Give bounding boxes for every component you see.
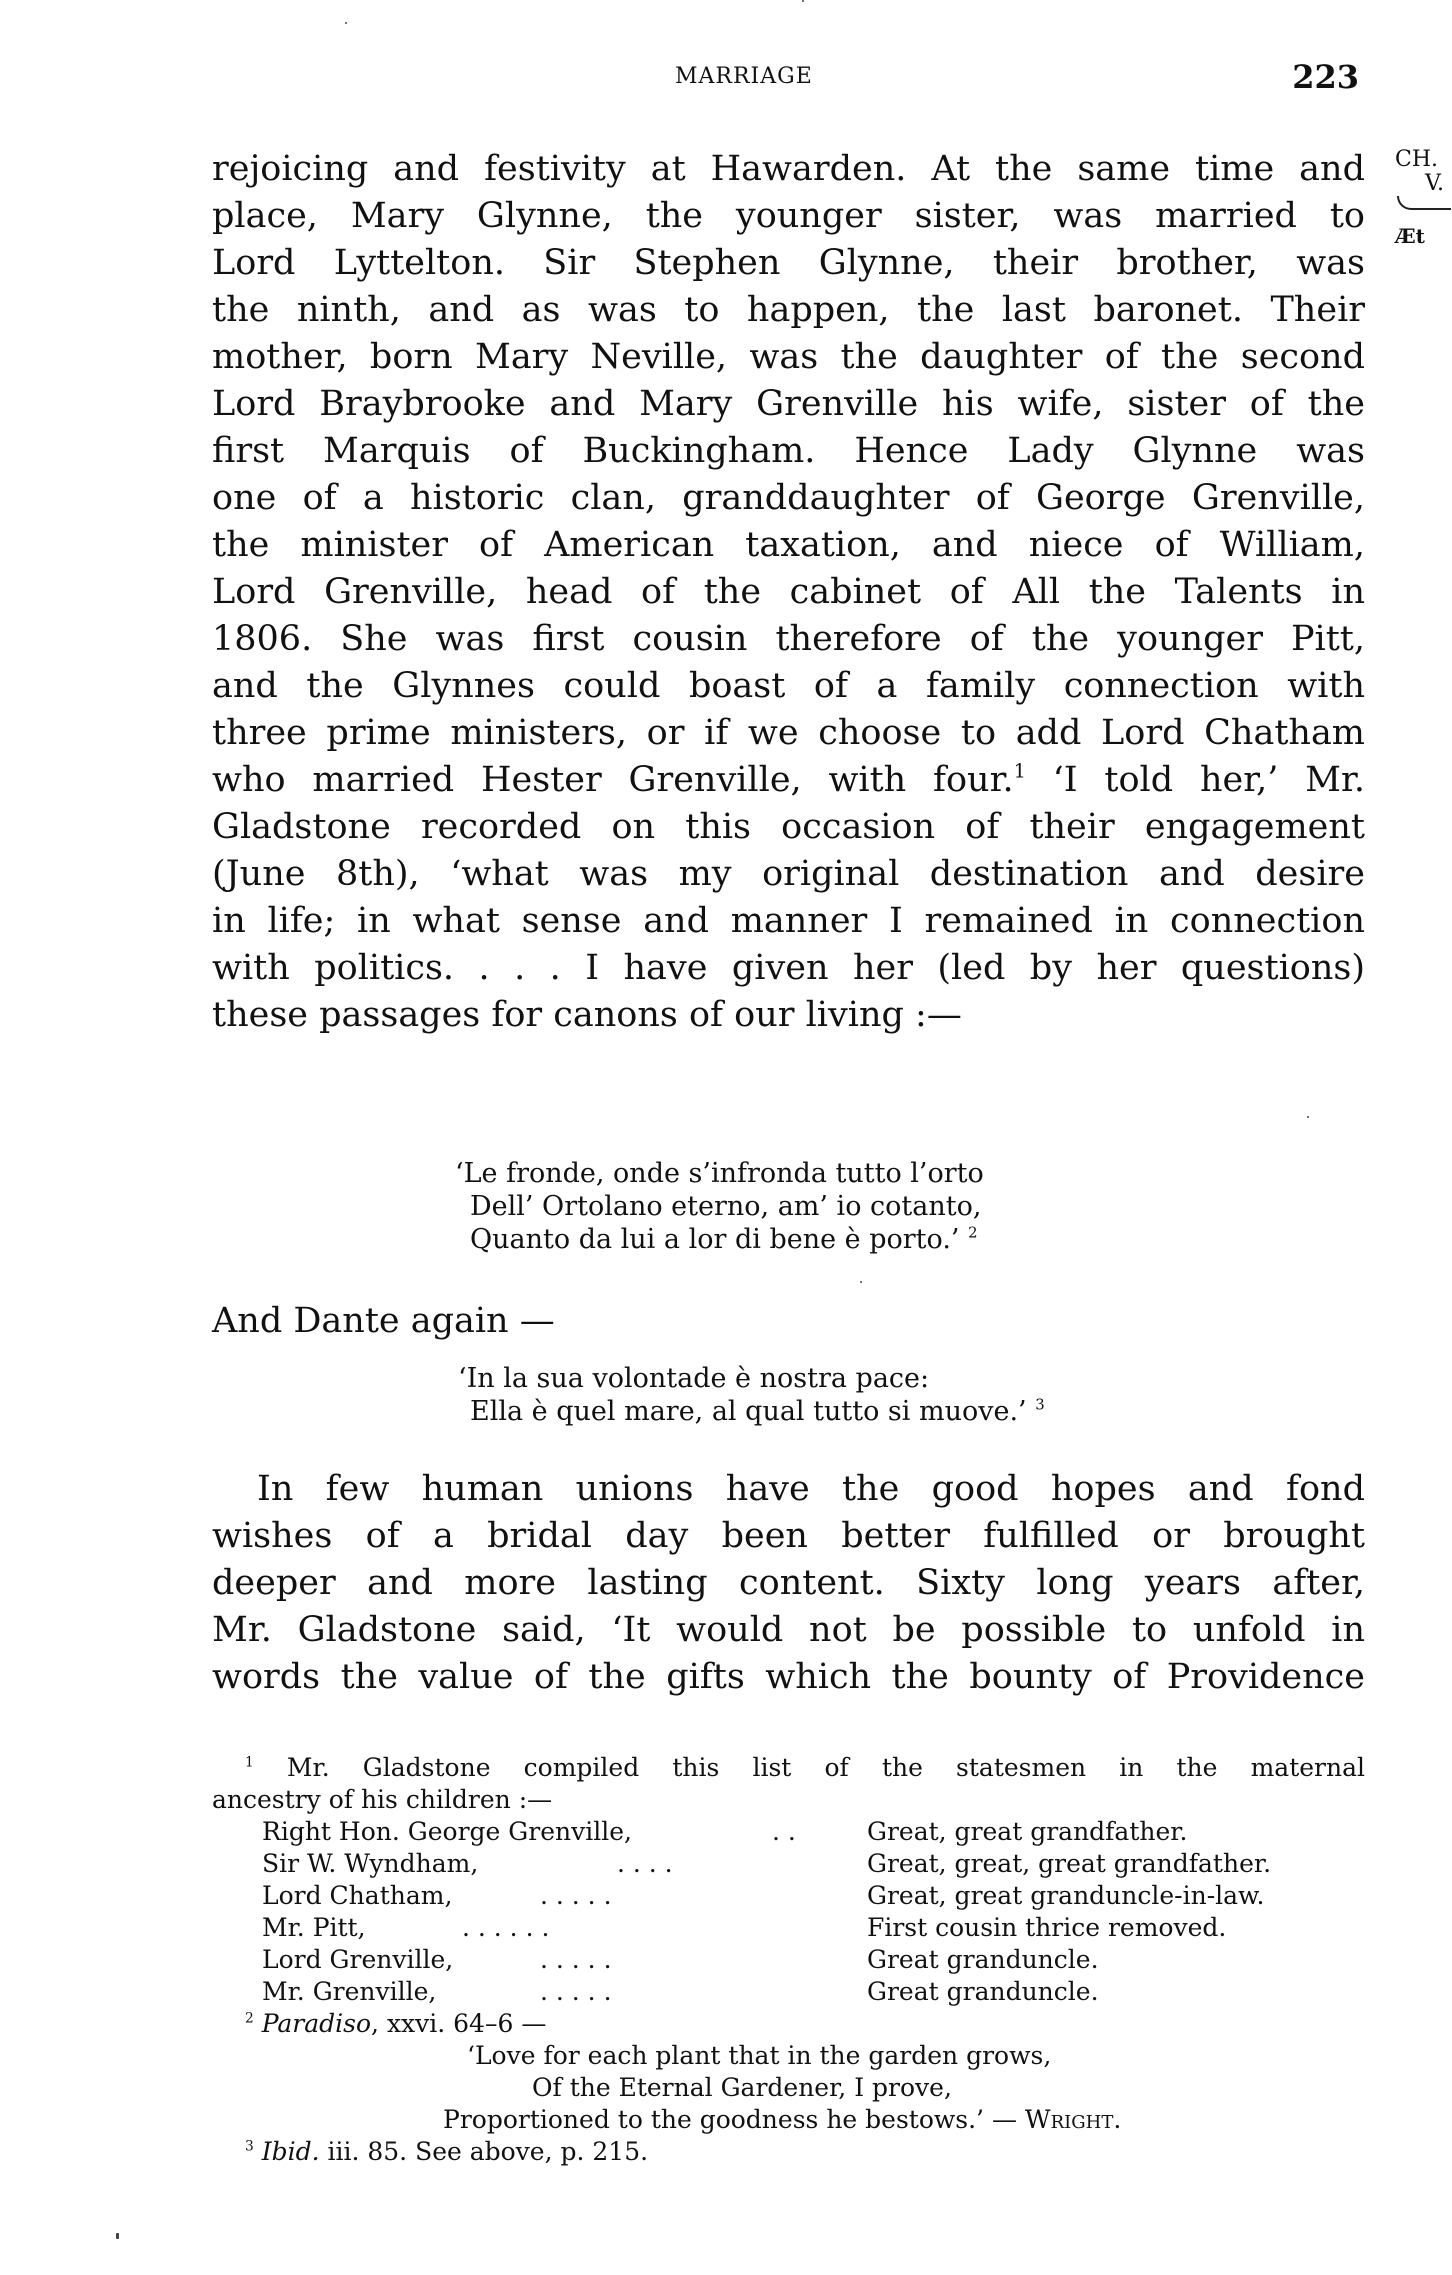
footnote-1-line-2: ancestry of his children :— xyxy=(212,1784,1365,1816)
text-line: three prime ministers, or if we choose t… xyxy=(212,710,1365,757)
text-line: rejoicing and festivity at Hawarden. At … xyxy=(212,146,1365,193)
text-line: Lord Braybrooke and Mary Grenville his w… xyxy=(212,381,1365,428)
footnote-2-source-title: Paradiso xyxy=(262,2009,371,2038)
text-line: in life; in what sense and manner I rema… xyxy=(212,898,1365,945)
leader-dots: . . . . . . xyxy=(462,1912,549,1944)
text-line: with politics. . . . I have given her (l… xyxy=(212,945,1365,992)
footnote-3-source-ref: iii. 85. See above, p. 215. xyxy=(320,2137,649,2166)
text-line: and the Glynnes could boast of a family … xyxy=(212,663,1365,710)
verse-line-with-footnote-ref: Quanto da lui a lor di bene è porto.’ 2 xyxy=(455,1223,984,1256)
ancestor-relation: First cousin thrice removed. xyxy=(867,1912,1226,1944)
text-line: Lord Lyttelton. Sir Stephen Glynne, thei… xyxy=(212,240,1365,287)
footnote-1-line-1: 1 Mr. Gladstone compiled this list of th… xyxy=(212,1752,1365,1784)
page-number: 223 xyxy=(1292,58,1359,96)
text-line: Mr. Gladstone said, ‘It would not be pos… xyxy=(212,1607,1365,1654)
running-head: MARRIAGE 223 xyxy=(205,58,1365,98)
text-line: one of a historic clan, granddaughter of… xyxy=(212,475,1365,522)
leader-dots: . . . . . xyxy=(540,1944,612,1976)
ancestor-relation: Great, great, great grandfather. xyxy=(867,1848,1271,1880)
verse-text: Ella è quel mare, al qual tutto si muove… xyxy=(470,1396,1027,1427)
scan-speck xyxy=(802,0,804,2)
scan-speck xyxy=(345,22,347,24)
text-line: (June 8th), ‘what was my original destin… xyxy=(212,851,1365,898)
footnote-ref-1[interactable]: 1 xyxy=(1014,760,1026,783)
dante-verse-quote-2: ‘In la sua volontade è nostra pace: Ella… xyxy=(458,1362,1045,1428)
main-paragraph: rejoicing and festivity at Hawarden. At … xyxy=(212,146,1365,1039)
footnote-2-source-ref: , xxvi. 64–6 — xyxy=(371,2009,546,2038)
footnote-1-text: Mr. Gladstone compiled this list of the … xyxy=(287,1753,1365,1782)
ancestor-relation: Great granduncle. xyxy=(867,1944,1099,1976)
margin-note: CH. V. Æt xyxy=(1395,148,1452,248)
text-segment: who married Hester Grenville, with four. xyxy=(212,760,1014,800)
text-line: mother, born Mary Neville, was the daugh… xyxy=(212,334,1365,381)
verse-line: ‘In la sua volontade è nostra pace: xyxy=(458,1362,1045,1395)
text-line: first Marquis of Buckingham. Hence Lady … xyxy=(212,428,1365,475)
ancestor-relation: Great, great granduncle-in-law. xyxy=(867,1880,1264,1912)
text-line: In few human unions have the good hopes … xyxy=(212,1466,1365,1513)
ancestor-relation: Great granduncle. xyxy=(867,1976,1099,2008)
margin-aetat-label: Æt xyxy=(1395,224,1452,248)
scan-speck xyxy=(1307,1116,1309,1118)
ancestor-name: Mr. Pitt, xyxy=(262,1912,366,1944)
text-line-with-footnote-ref: who married Hester Grenville, with four.… xyxy=(212,757,1365,804)
dante-verse-quote-1: ‘Le fronde, onde s’infronda tutto l’orto… xyxy=(455,1157,984,1256)
leader-dots: . . . . . xyxy=(540,1976,612,2008)
ancestor-relation: Great, great grandfather. xyxy=(867,1816,1187,1848)
verse-line: ‘Le fronde, onde s’infronda tutto l’orto xyxy=(455,1157,984,1190)
text-line: place, Mary Glynne, the younger sister, … xyxy=(212,193,1365,240)
footnote-ref-2[interactable]: 2 xyxy=(968,1224,977,1242)
text-segment: ‘I told her,’ Mr. xyxy=(1026,760,1365,800)
text-line: 1806. She was first cousin therefore of … xyxy=(212,616,1365,663)
text-line: Lord Grenville, head of the cabinet of A… xyxy=(212,569,1365,616)
margin-brace-icon xyxy=(1397,196,1451,210)
text-line: the ninth, and as was to happen, the las… xyxy=(212,287,1365,334)
ancestry-row: Mr. Grenville, . . . . . Great granduncl… xyxy=(212,1976,1365,2008)
margin-chapter-label: CH. xyxy=(1395,148,1452,172)
ancestry-row: Right Hon. George Grenville, . . Great, … xyxy=(212,1816,1365,1848)
text-line: wishes of a bridal day been better fulfi… xyxy=(212,1513,1365,1560)
footnote-1-marker: 1 xyxy=(245,1754,254,1770)
leader-dots: . . . . . xyxy=(540,1880,612,1912)
ancestor-name: Lord Grenville, xyxy=(262,1944,453,1976)
ancestry-row: Mr. Pitt, . . . . . . First cousin thric… xyxy=(212,1912,1365,1944)
footnote-2-verse-line: ‘Love for each plant that in the garden … xyxy=(212,2040,1365,2072)
text-line: deeper and more lasting content. Sixty l… xyxy=(212,1560,1365,1607)
text-line: Gladstone recorded on this occasion of t… xyxy=(212,804,1365,851)
footnote-3-source-title: Ibid. xyxy=(262,2137,320,2166)
ancestry-row: Lord Grenville, . . . . . Great grandunc… xyxy=(212,1944,1365,1976)
running-title: MARRIAGE xyxy=(675,64,813,89)
ancestry-row: Lord Chatham, . . . . . Great, great gra… xyxy=(212,1880,1365,1912)
footnote-2-verse-line: Of the Eternal Gardener, I prove, xyxy=(212,2072,1365,2104)
footnote-3-marker: 3 xyxy=(245,2138,254,2154)
verse-line-with-footnote-ref: Ella è quel mare, al qual tutto si muove… xyxy=(458,1395,1045,1428)
ancestor-name: Right Hon. George Grenville, xyxy=(262,1816,632,1848)
book-page: MARRIAGE 223 CH. V. Æt rejoicing and fes… xyxy=(0,0,1452,2275)
ancestry-row: Sir W. Wyndham, . . . . Great, great, gr… xyxy=(212,1848,1365,1880)
text-line: these passages for canons of our living … xyxy=(212,992,1365,1039)
footnote-2-verse-text: Proportioned to the goodness he bestows.… xyxy=(443,2105,1017,2134)
footnote-2-verse-line-attribution: Proportioned to the goodness he bestows.… xyxy=(212,2104,1365,2136)
leader-dots: . . . . xyxy=(617,1848,673,1880)
scan-speck xyxy=(860,1281,862,1283)
text-line: words the value of the gifts which the b… xyxy=(212,1654,1365,1701)
ancestor-name: Mr. Grenville, xyxy=(262,1976,436,2008)
verse-line: Dell’ Ortolano eterno, am’ io cotanto, xyxy=(455,1190,984,1223)
footnote-2-marker: 2 xyxy=(245,2010,254,2026)
footnote-ref-3[interactable]: 3 xyxy=(1035,1396,1044,1414)
verse-text: Quanto da lui a lor di bene è porto.’ xyxy=(470,1224,959,1255)
footnote-2-translator: Wright. xyxy=(1025,2105,1121,2134)
leader-dots: . . xyxy=(772,1816,796,1848)
dante-intro-line: And Dante again — xyxy=(212,1298,555,1345)
footnotes: 1 Mr. Gladstone compiled this list of th… xyxy=(212,1752,1365,2168)
margin-chapter-number: V. xyxy=(1395,172,1452,196)
text-line: the minister of American taxation, and n… xyxy=(212,522,1365,569)
ancestor-name: Lord Chatham, xyxy=(262,1880,452,1912)
closing-paragraph: In few human unions have the good hopes … xyxy=(212,1466,1365,1701)
footnote-3-line: 3 Ibid. iii. 85. See above, p. 215. xyxy=(212,2136,1365,2168)
ancestor-name: Sir W. Wyndham, xyxy=(262,1848,478,1880)
footnote-2-line-1: 2 Paradiso, xxvi. 64–6 — xyxy=(212,2008,1365,2040)
scan-speck xyxy=(116,2233,119,2239)
